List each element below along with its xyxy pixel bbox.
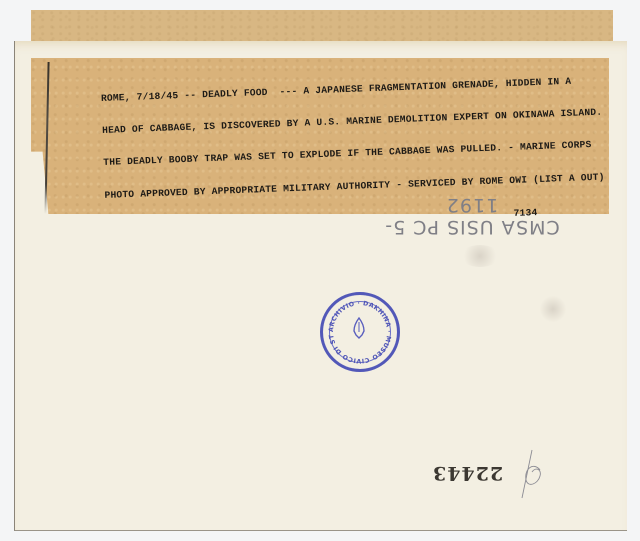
document-scan: ROME, 7/18/45 -- DEADLY FOOD --- A JAPAN… [0, 0, 640, 541]
handwritten-initials [510, 448, 546, 500]
caption-line: HEAD OF CABBAGE, IS DISCOVERED BY A U.S.… [102, 109, 572, 137]
archive-stamp: ARCHIVIO · DAKHINA · MUSEO CIVICO DI STO… [320, 292, 400, 372]
caption-line: THE DEADLY BOOBY TRAP WAS SET TO EXPLODE… [103, 141, 573, 169]
shield-emblem-icon [351, 317, 367, 339]
inventory-number-stamp: 22443 [432, 462, 503, 484]
faint-pencil-mark [460, 245, 500, 267]
backing-paper-strip [31, 10, 613, 44]
handwritten-archive-code: CMSA USIS PC 5-1192 [372, 212, 572, 238]
caption-line: ROME, 7/18/45 -- DEADLY FOOD --- A JAPAN… [101, 76, 571, 104]
faint-pencil-mark [540, 295, 566, 323]
caption-line: PHOTO APPROVED BY APPROPRIATE MILITARY A… [104, 173, 574, 201]
